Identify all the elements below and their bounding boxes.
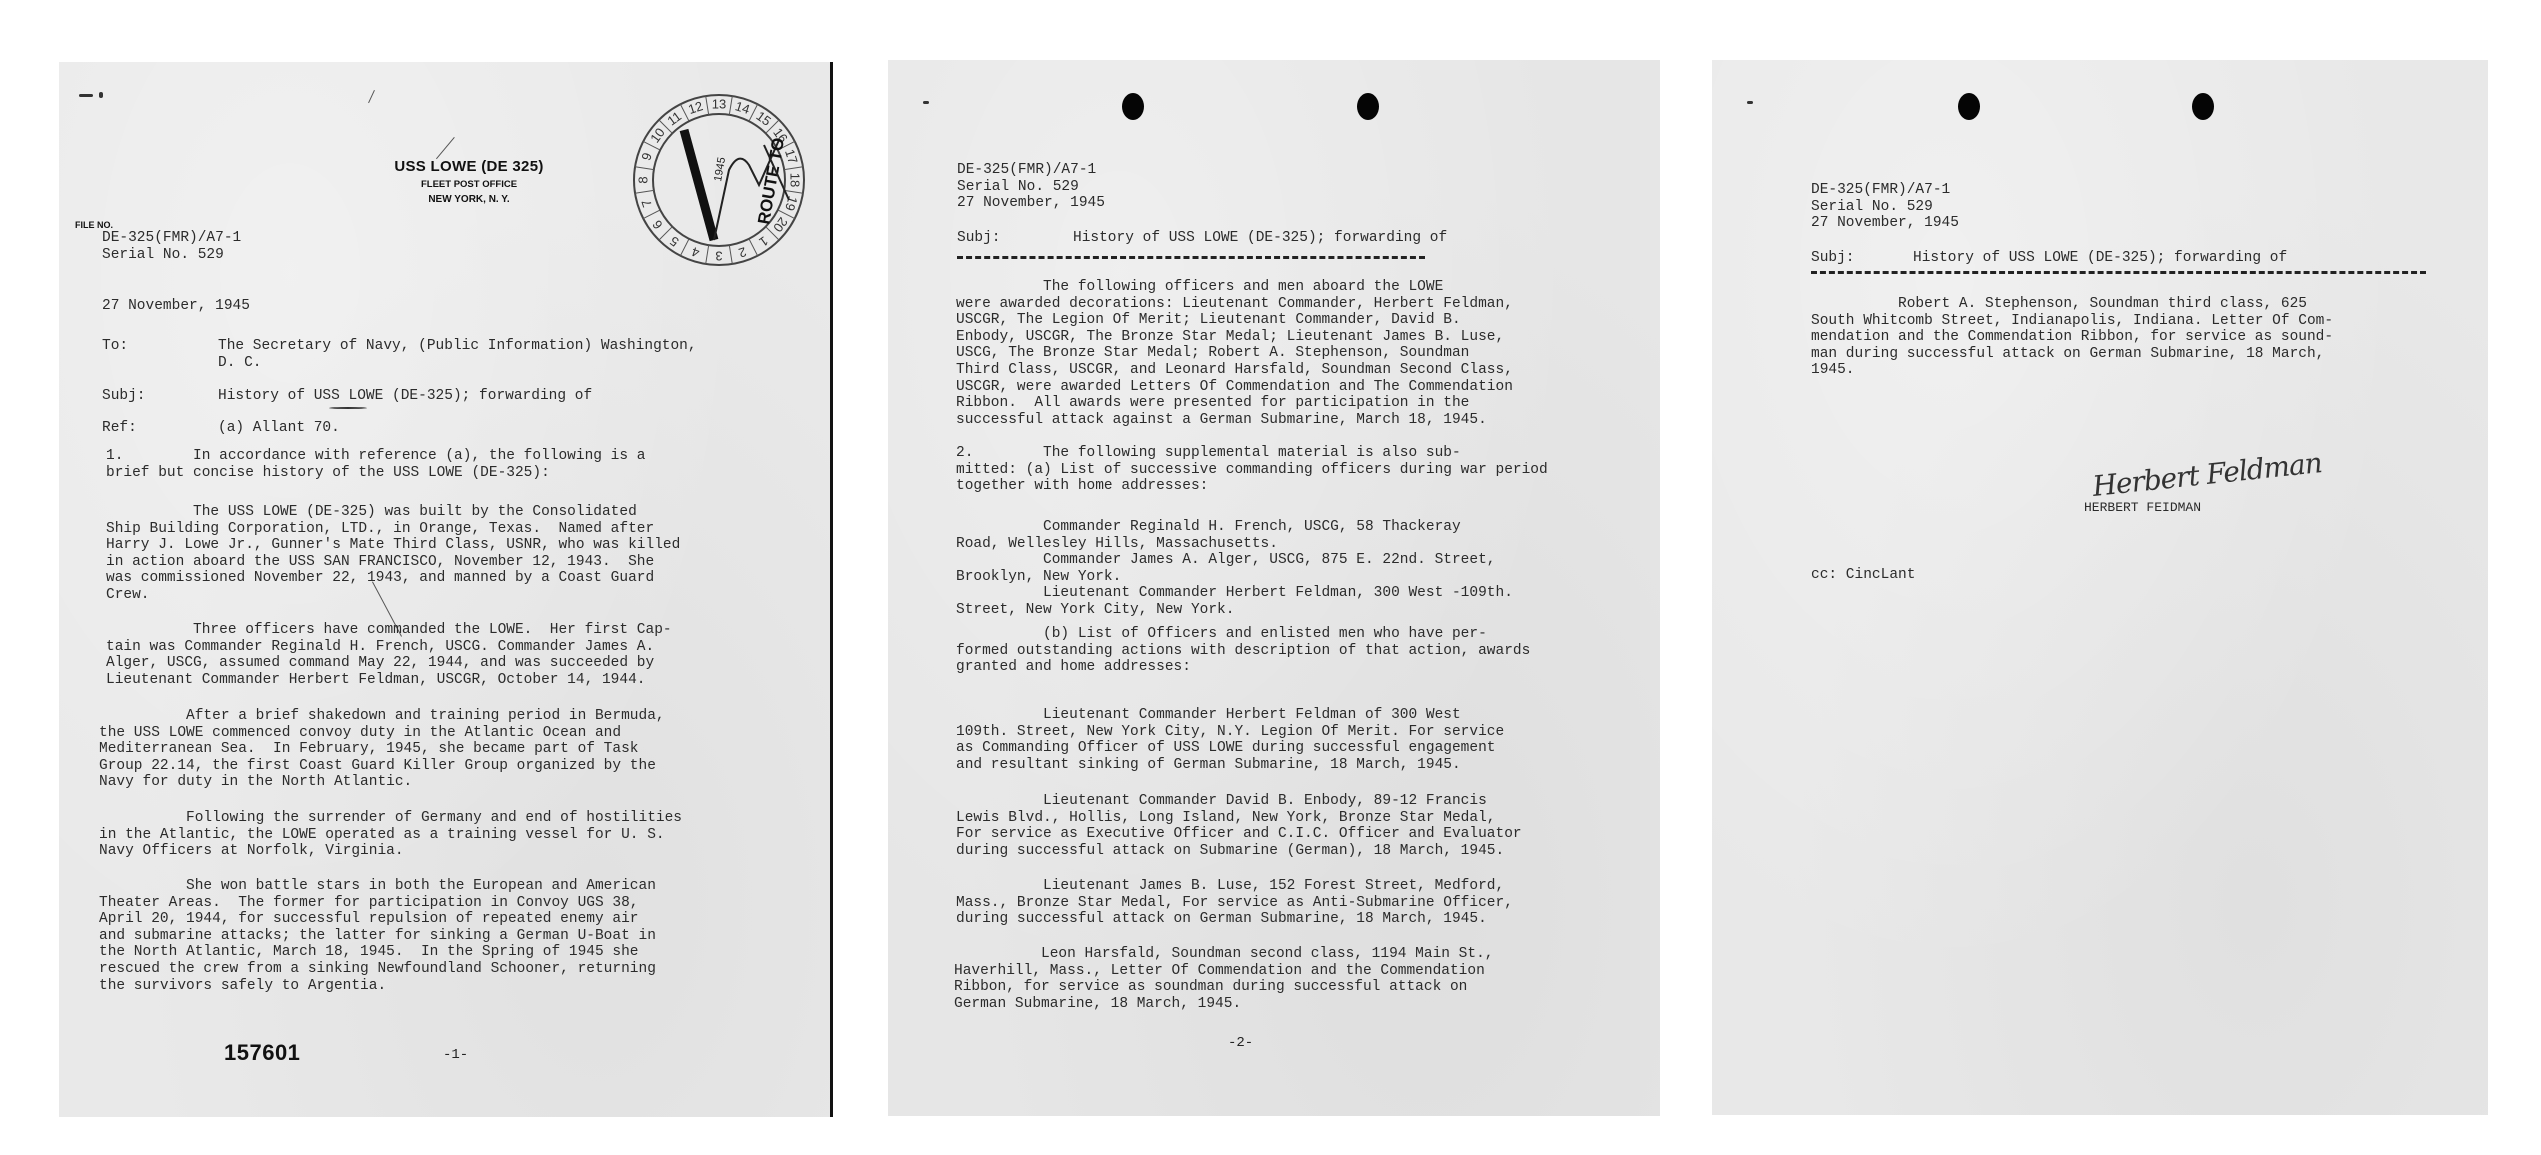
reference-value: (a) Allant 70. <box>218 420 340 437</box>
hole-punch <box>1122 93 1144 120</box>
svg-text:4: 4 <box>690 244 702 261</box>
svg-text:13: 13 <box>712 96 726 111</box>
svg-text:9: 9 <box>638 151 655 163</box>
paragraph-training: Following the surrender of Germany and e… <box>99 810 682 860</box>
paragraph-construction: The USS LOWE (DE-325) was built by the C… <box>106 504 680 604</box>
dashed-divider <box>957 256 1425 259</box>
hole-punch <box>1357 93 1379 120</box>
letterhead: USS LOWE (DE 325) FLEET POST OFFICE NEW … <box>349 158 589 205</box>
subject-value: History of USS LOWE (DE-325); forwarding… <box>218 388 592 405</box>
hole-punch <box>2192 93 2214 120</box>
paragraph-b: (b) List of Officers and enlisted men wh… <box>956 626 1530 676</box>
handwritten-signature: Herbert Feldman <box>2091 446 2323 503</box>
document-page-3: DE-325(FMR)/A7-1 Serial No. 529 27 Novem… <box>1712 60 2488 1115</box>
file-no-label: FILE NO. <box>75 220 113 230</box>
paragraph-commanders: Three officers have commanded the LOWE. … <box>106 622 672 688</box>
svg-text:18: 18 <box>788 173 803 187</box>
document-page-2: DE-325(FMR)/A7-1 Serial No. 529 27 Novem… <box>888 60 1660 1116</box>
paragraph-supplemental: 2. The following supplemental material i… <box>956 445 1548 495</box>
page-number: -2- <box>1228 1035 1253 1051</box>
paragraph-battle-stars: She won battle stars in both the Europea… <box>99 878 656 994</box>
scan-mark <box>923 101 929 104</box>
award-feldman: Lieutenant Commander Herbert Feldman of … <box>956 707 1504 773</box>
subject-value: History of USS LOWE (DE-325); forwarding… <box>1913 250 2287 267</box>
typed-signature-name: HERBERT FEIDMAN <box>2084 500 2201 517</box>
hole-punch <box>1958 93 1980 120</box>
svg-text:19: 19 <box>782 194 801 212</box>
paragraph-convoy: After a brief shakedown and training per… <box>99 708 665 791</box>
subject-value: History of USS LOWE (DE-325); forwarding… <box>1073 230 1447 247</box>
letterhead-line3: NEW YORK, N. Y. <box>349 194 589 205</box>
document-number: 157601 <box>224 1040 300 1066</box>
letterhead-line2: FLEET POST OFFICE <box>349 179 589 190</box>
svg-text:8: 8 <box>635 176 650 183</box>
award-stephenson: Robert A. Stephenson, Soundman third cla… <box>1811 296 2333 379</box>
scan-mark <box>1747 101 1753 104</box>
svg-text:14: 14 <box>733 98 751 117</box>
paragraph-1: 1. In accordance with reference (a), the… <box>106 448 646 481</box>
page-header: DE-325(FMR)/A7-1 Serial No. 529 27 Novem… <box>957 162 1105 212</box>
check-mark-icon <box>436 137 455 159</box>
routing-stamp-icon: 1234567891011121314151617181920 ROUTE TO… <box>629 90 809 270</box>
paragraph-decorations: The following officers and men aboard th… <box>956 279 1513 428</box>
svg-text:12: 12 <box>686 98 704 117</box>
scan-mark <box>99 92 103 98</box>
award-harsfald: Leon Harsfald, Soundman second class, 11… <box>954 946 1494 1012</box>
letterhead-title: USS LOWE (DE 325) <box>349 158 589 175</box>
svg-text:7: 7 <box>638 198 655 210</box>
page-number: -1- <box>443 1047 468 1063</box>
subject-label: Subj: <box>102 388 146 405</box>
svg-text:3: 3 <box>715 249 722 264</box>
scan-mark <box>79 94 93 97</box>
commanding-officers-list: Commander Reginald H. French, USCG, 58 T… <box>956 519 1513 619</box>
serial-number: Serial No. 529 <box>102 247 224 264</box>
subject-label: Subj: <box>1811 250 1855 267</box>
stamp-year-text: 1945 <box>712 156 728 182</box>
subject-label: Subj: <box>957 230 1001 247</box>
svg-text:6: 6 <box>649 217 665 232</box>
award-luse: Lieutenant James B. Luse, 152 Forest Str… <box>956 878 1513 928</box>
to-label: To: <box>102 338 128 355</box>
dashed-divider <box>1811 271 2426 274</box>
to-value-cont: D. C. <box>218 355 262 372</box>
pen-mark <box>368 90 375 103</box>
reference-label: Ref: <box>102 420 137 437</box>
file-number: DE-325(FMR)/A7-1 <box>102 230 241 247</box>
carbon-copy: cc: CincLant <box>1811 567 1915 584</box>
letter-date: 27 November, 1945 <box>102 298 250 315</box>
to-value: The Secretary of Navy, (Public Informati… <box>218 338 697 355</box>
svg-text:5: 5 <box>667 233 682 249</box>
svg-text:2: 2 <box>737 244 749 261</box>
pen-underline <box>329 407 367 409</box>
page-header: DE-325(FMR)/A7-1 Serial No. 529 27 Novem… <box>1811 182 1959 232</box>
svg-text:1: 1 <box>756 233 771 249</box>
document-page-1: USS LOWE (DE 325) FLEET POST OFFICE NEW … <box>59 62 833 1117</box>
award-enbody: Lieutenant Commander David B. Enbody, 89… <box>956 793 1522 859</box>
